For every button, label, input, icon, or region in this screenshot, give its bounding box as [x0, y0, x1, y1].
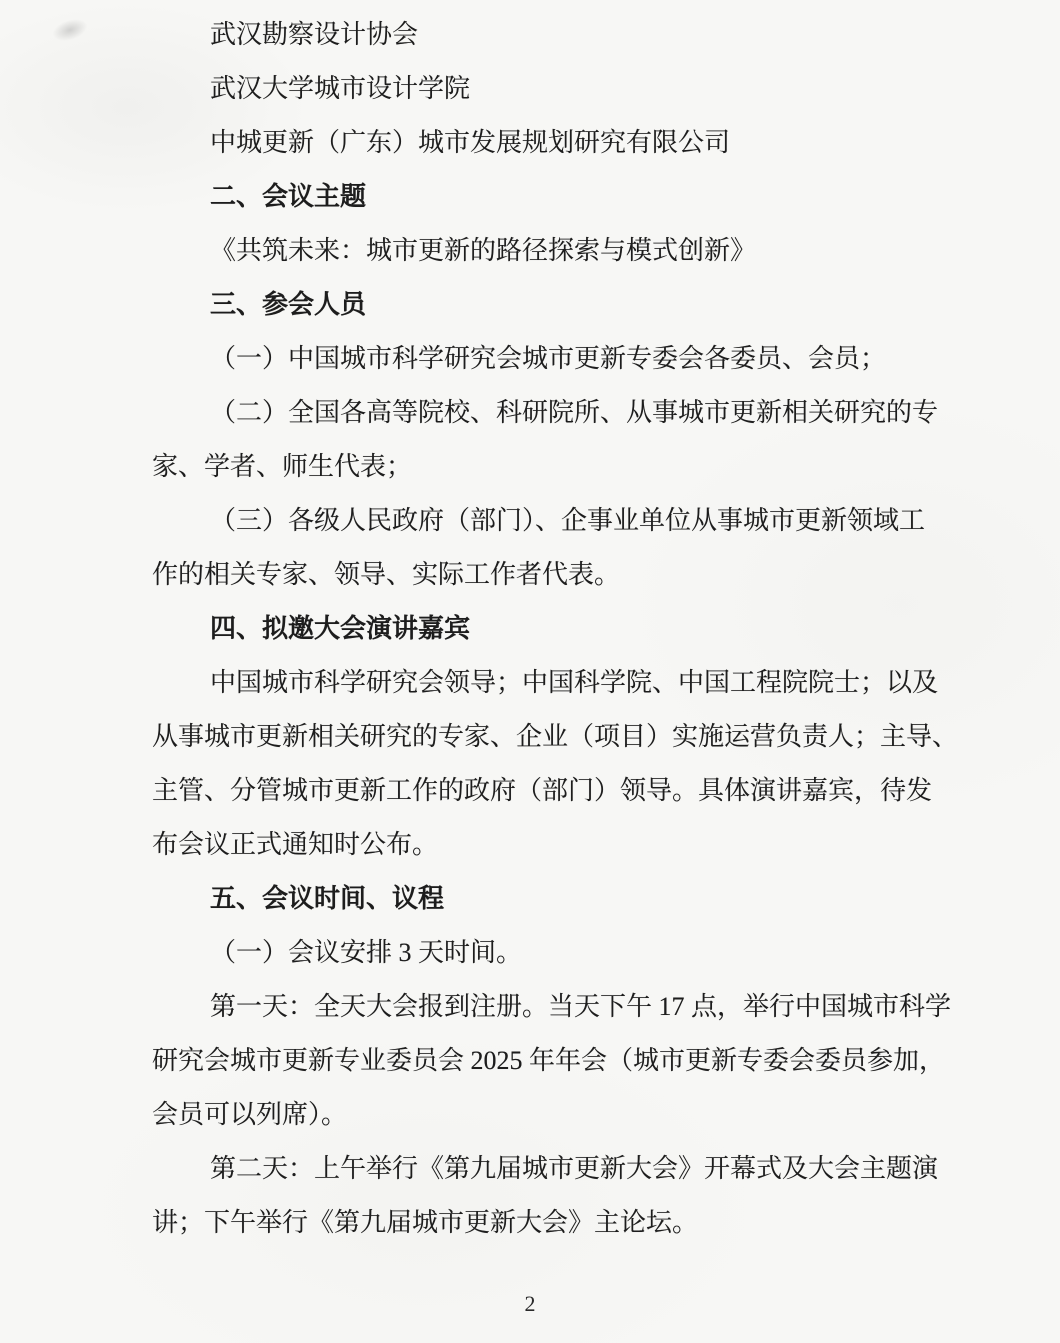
- schedule-item-1: （一）会议安排 3 天时间。: [152, 926, 942, 980]
- section-heading-participants: 三、参会人员: [152, 278, 942, 332]
- org-name-line: 中城更新（广东）城市发展规划研究有限公司: [152, 116, 942, 170]
- participants-item-3-line-2: 作的相关专家、领导、实际工作者代表。: [152, 548, 942, 602]
- invited-speakers-line-1: 中国城市科学研究会领导；中国科学院、中国工程院院士；以及: [152, 656, 942, 710]
- section-heading-meeting-theme: 二、会议主题: [152, 170, 942, 224]
- invited-speakers-line-3: 主管、分管城市更新工作的政府（部门）领导。具体演讲嘉宾，待发: [152, 764, 942, 818]
- schedule-day-1-line-2: 研究会城市更新专业委员会 2025 年年会（城市更新专委会委员参加，: [152, 1034, 942, 1088]
- schedule-day-2-line-1: 第二天：上午举行《第九届城市更新大会》开幕式及大会主题演: [152, 1142, 942, 1196]
- section-heading-schedule: 五、会议时间、议程: [152, 872, 942, 926]
- page-number: 2: [0, 1291, 1060, 1317]
- participants-item-3-line-1: （三）各级人民政府（部门）、企事业单位从事城市更新领域工: [152, 494, 942, 548]
- meeting-theme-title: 《共筑未来：城市更新的路径探索与模式创新》: [152, 224, 942, 278]
- invited-speakers-line-4: 布会议正式通知时公布。: [152, 818, 942, 872]
- scan-smudge: [50, 15, 90, 45]
- participants-item-1: （一）中国城市科学研究会城市更新专委会各委员、会员；: [152, 332, 942, 386]
- schedule-day-2-line-2: 讲；下午举行《第九届城市更新大会》主论坛。: [152, 1196, 942, 1250]
- section-heading-invited-speakers: 四、拟邀大会演讲嘉宾: [152, 602, 942, 656]
- participants-item-2-line-2: 家、学者、师生代表；: [152, 440, 942, 494]
- org-name-line: 武汉大学城市设计学院: [152, 62, 942, 116]
- participants-item-2-line-1: （二）全国各高等院校、科研院所、从事城市更新相关研究的专: [152, 386, 942, 440]
- scanned-document-page: 武汉勘察设计协会 武汉大学城市设计学院 中城更新（广东）城市发展规划研究有限公司…: [0, 0, 1060, 1343]
- org-name-line: 武汉勘察设计协会: [152, 8, 942, 62]
- schedule-day-1-line-3: 会员可以列席）。: [152, 1088, 942, 1142]
- document-body: 武汉勘察设计协会 武汉大学城市设计学院 中城更新（广东）城市发展规划研究有限公司…: [152, 8, 942, 1250]
- invited-speakers-line-2: 从事城市更新相关研究的专家、企业（项目）实施运营负责人；主导、: [152, 710, 942, 764]
- schedule-day-1-line-1: 第一天：全天大会报到注册。当天下午 17 点，举行中国城市科学: [152, 980, 942, 1034]
